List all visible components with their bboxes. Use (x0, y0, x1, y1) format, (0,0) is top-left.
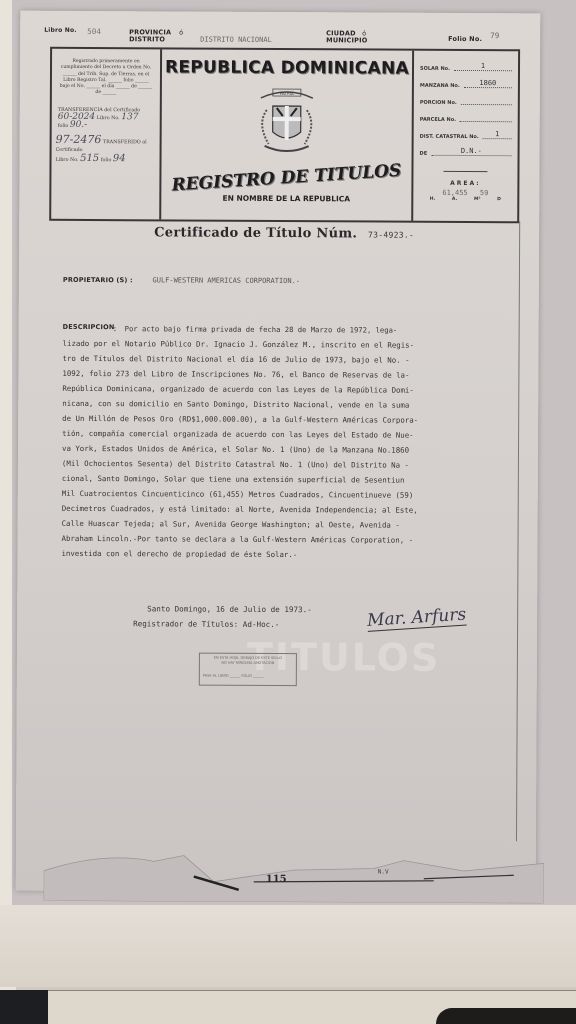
certificate-body: Certificado de Título Núm. 73-4923.- PRO… (46, 219, 520, 841)
owner-row: PROPIETARIO (S) : GULF-WESTERN AMERICAS … (63, 267, 300, 287)
transfer-from-libro: 137 (121, 112, 138, 122)
owner-value: GULF-WESTERN AMERICAS CORPORATION.- (153, 276, 301, 285)
solar-field: SOLAR No.1 (414, 55, 518, 73)
dark-background (0, 990, 48, 1024)
transfer-to-folio-label: folio (101, 158, 112, 163)
transfer-from-folio-label: folio (58, 124, 69, 129)
provincia-suffix: ó (179, 29, 183, 36)
area-units: H. A. M² D (413, 197, 517, 203)
divider (443, 171, 487, 172)
header-frame: Registrado primeramente en cumplimiento … (49, 47, 520, 223)
coat-of-arms-icon: PATRIA (239, 84, 335, 165)
signature-area: Santo Domingo, 16 de Julio de 1973.- Reg… (147, 604, 312, 629)
page-number: 115 (266, 874, 287, 885)
area-a: 61,455 (442, 189, 467, 197)
svg-text:PATRIA: PATRIA (280, 91, 294, 96)
parcela-field: PARCELA No. (414, 106, 518, 124)
registrar-signature: Mar. Arfurs (367, 605, 467, 632)
dist-catastral-field: DIST. CATASTRAL No.1 (414, 123, 518, 141)
header-center: REPUBLICA DOMINICANA PATRIA REGISTRO DE … (161, 49, 412, 220)
transfer-from-libro-label: Libro No. (97, 116, 120, 121)
registrar-label: Registrador de Títulos: Ad-Hoc.- (133, 619, 312, 629)
transfer-to-folio: 94 (113, 153, 126, 164)
libro-value: 504 (87, 27, 101, 36)
country-title: REPUBLICA DOMINICANA (162, 57, 412, 78)
certificate-title-text: Certificado de Título Núm. (154, 225, 357, 241)
municipio-label: MUNICIPIO (326, 37, 367, 44)
transfer-to: 97-2476 TRANSFERIDO al Certificado Libro… (52, 136, 160, 166)
registration-text: Registrado primeramente en cumplimiento … (52, 59, 160, 97)
torn-bottom-edge (44, 841, 544, 904)
certificate-number: 73-4923.- (368, 230, 414, 239)
description-line: investida con el derecho de propiedad de… (61, 546, 511, 563)
transfer-from: TRANSFERENCIA del Certificado 60-2024 Li… (52, 107, 160, 131)
distrito-label: DISTRITO (129, 36, 165, 43)
title-certificate-document: Libro No. 504 PROVINCIA ó DISTRITO DISTR… (16, 11, 541, 894)
folio-label: Folio No. (448, 36, 482, 43)
area-m2: 59 (480, 189, 488, 197)
manzana-field: MANZANA No.1860 (414, 72, 518, 90)
transfer-to-cert: 97-2476 (56, 133, 102, 146)
lower-paper-sheet (0, 905, 576, 987)
place-date: Santo Domingo, 16 de Julio de 1973.- (147, 604, 312, 614)
porcion-field: PORCION No. (414, 89, 518, 107)
owner-label: PROPIETARIO (S) : (63, 276, 133, 284)
transfer-to-libro-label: Libro No. (56, 158, 79, 163)
in-name-of: EN NOMBRE DE LA REPUBLICA (161, 193, 411, 203)
description-text: Por acto bajo firma privada de fecha 28 … (61, 321, 512, 563)
property-box: SOLAR No.1 MANZANA No.1860 PORCION No. P… (411, 51, 518, 222)
distrito-value: DISTRITO NACIONAL (200, 36, 272, 44)
registry-title: REGISTRO DE TITULOS (161, 160, 412, 196)
description: DESCRIPCION : Por acto bajo firma privad… (63, 321, 513, 323)
no-annotation-stamp: EN ESTA HOJA, DEBAJO DE ESTE SELLO NO HA… (199, 653, 297, 687)
transfer-to-libro: 515 (80, 153, 99, 164)
area-label: AREA: (413, 180, 517, 188)
registration-box: Registrado primeramente en cumplimiento … (51, 49, 162, 220)
initials: N.V (378, 869, 389, 876)
certificate-title: Certificado de Título Núm. 73-4923.- (49, 225, 519, 242)
dark-background-right (436, 1008, 576, 1024)
libro-label: Libro No. (44, 27, 77, 34)
de-field: DED.N.- (414, 140, 518, 158)
transfer-from-folio: 90.- (70, 120, 87, 130)
folio-value: 79 (490, 31, 499, 40)
